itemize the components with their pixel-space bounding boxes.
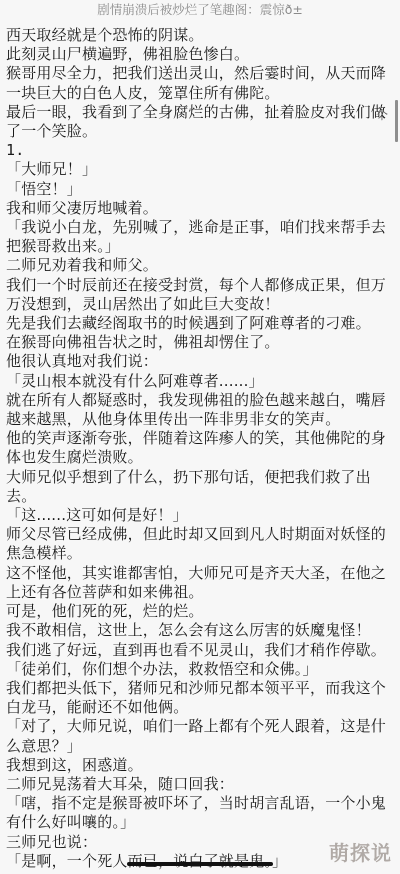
paragraph: 师父尽管已经成佛，但此时却又回到凡人时期面对妖怪的焦急模样。 bbox=[6, 525, 394, 563]
paragraph: 我们逃了好远，直到再也看不见灵山，我们才稍作停歇。 bbox=[6, 641, 394, 660]
chapter-number: 1. bbox=[6, 141, 394, 160]
paragraph: 他很认真地对我们说： bbox=[6, 352, 394, 371]
paragraph: 「对了，大师兄说，咱们一路上都有个死人跟着，这是什么意思？」 bbox=[6, 717, 394, 755]
paragraph: 猴哥用尽全力，把我们送出灵山，然后霎时间，从天而降一块巨大的白色人皮，笼罩住所有… bbox=[6, 64, 394, 102]
paragraph: 「我说小白龙，先别喊了，逃命是正事，咱们找来帮手去把猴哥救出来。」 bbox=[6, 218, 394, 256]
paragraph: 最后一眼，我看到了全身腐烂的古佛，扯着脸皮对我们做了一个笑脸。 bbox=[6, 103, 394, 141]
paragraph: 「大师兄！」 bbox=[6, 160, 394, 179]
paragraph: 我想到这，困惑道。 bbox=[6, 756, 394, 775]
paragraph: 就在所有人都疑惑时，我发现佛祖的脸色越来越白，嘴唇越来越黑，从他身体里传出一阵非… bbox=[6, 391, 394, 429]
paragraph: 大师兄似乎想到了什么，扔下那句话，便把我们救了出去。 bbox=[6, 468, 394, 506]
paragraph: 在猴哥向佛祖告状之时，佛祖却愣住了。 bbox=[6, 333, 394, 352]
paragraph: 我们都把头低下，猪师兄和沙师兄都本领平平，而我这个白龙马，能耐还不如他俩。 bbox=[6, 679, 394, 717]
paragraph: 可是，他们死的死，烂的烂。 bbox=[6, 602, 394, 621]
watermark-logo: 萌探说 bbox=[329, 837, 392, 866]
paragraph: 西天取经就是个恐怖的阴谋。 bbox=[6, 26, 394, 45]
up-arrow-icon[interactable]: 个 bbox=[376, 106, 388, 123]
underline-annotation bbox=[127, 862, 273, 866]
paragraph: 「悟空！」 bbox=[6, 180, 394, 199]
article-body: 西天取经就是个恐怖的阴谋。 此刻灵山尸横遍野，佛祖脸色惨白。 猴哥用尽全力，把我… bbox=[0, 22, 400, 871]
paragraph: 他的笑声逐渐夸张，伴随着这阵瘆人的笑，其他佛陀的身体也发生腐烂溃败。 bbox=[6, 429, 394, 467]
paragraph: 我和师父凄厉地喊着。 bbox=[6, 199, 394, 218]
paragraph: 此刻灵山尸横遍野，佛祖脸色惨白。 bbox=[6, 45, 394, 64]
paragraph: 二师兄晃荡着大耳朵，随口回我： bbox=[6, 775, 394, 794]
paragraph: 这不怪他，其实谁都害怕，大师兄可是齐天大圣，在他之上还有各位菩萨和如来佛祖。 bbox=[6, 564, 394, 602]
paragraph: 先是我们去藏经阁取书的时候遇到了阿难尊者的刁难。 bbox=[6, 314, 394, 333]
paragraph: 二师兄劝着我和师父。 bbox=[6, 256, 394, 275]
page-title: 剧情崩溃后被炒烂了笔趣阁：震惊ð± bbox=[0, 0, 400, 22]
paragraph: 「徒弟们，你们想个办法，救救悟空和众佛。」 bbox=[6, 660, 394, 679]
paragraph: 「嗐，指不定是猴哥被吓坏了，当时胡言乱语，一个小鬼有什么好叫嚷的。」 bbox=[6, 794, 394, 832]
paragraph: 「这......这可如何是好！」 bbox=[6, 506, 394, 525]
paragraph: 我不敢相信，这世上，怎么会有这么厉害的妖魔鬼怪！ bbox=[6, 621, 394, 640]
paragraph: 「灵山根本就没有什么阿难尊者......」 bbox=[6, 372, 394, 391]
paragraph: 我们一个时辰前还在接受封赏，每个人都修成正果，但万万没想到，灵山居然出了如此巨大… bbox=[6, 276, 394, 314]
scrollbar[interactable] bbox=[395, 100, 398, 142]
